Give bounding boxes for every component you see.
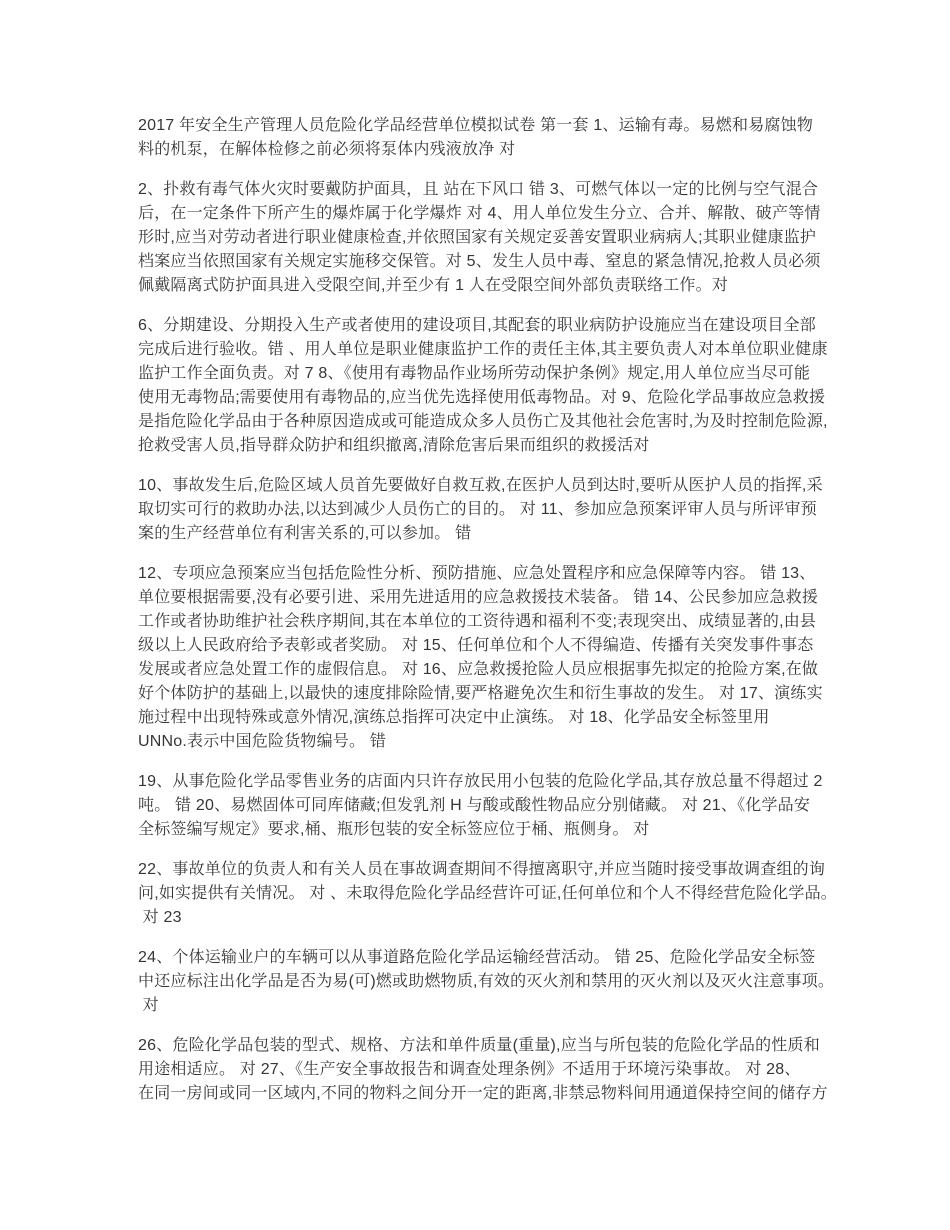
paragraph-q19-q21: 19、从事危险化学品零售业务的店面内只许存放民用小包装的危险化学品,其存放总量不… xyxy=(138,770,868,842)
paragraph-q24-q25: 24、个体运输业户的车辆可以从事道路危险化学品运输经营活动。 错 25、危险化学… xyxy=(138,946,868,1018)
paragraph-q12-q18: 12、专项应急预案应当包括危险性分析、预防措施、应急处置程序和应急保障等内容。 … xyxy=(138,562,868,754)
paragraph-q26-q28: 26、危险化学品包装的型式、规格、方法和单件质量(重量),应当与所包装的危险化学… xyxy=(138,1034,868,1106)
paragraph-q6-q9: 6、分期建设、分期投入生产或者使用的建设项目,其配套的职业病防护设施应当在建设项… xyxy=(138,314,868,458)
paragraph-q22-q23: 22、事故单位的负责人和有关人员在事故调查期间不得擅离职守,并应当随时接受事故调… xyxy=(138,858,868,930)
document-text-block: 2017 年安全生产管理人员危险化学品经营单位模拟试卷 第一套 1、运输有毒。易… xyxy=(138,114,868,1122)
document-viewport: { "page": { "background": "#ffffff", "te… xyxy=(0,0,950,1230)
paragraph-q10-q11: 10、事故发生后,危险区域人员首先要做好自救互救,在医护人员到达时,要听从医护人… xyxy=(138,474,868,546)
paragraph-q2-q5: 2、扑救有毒气体火灾时要戴防护面具，且 站在下风口 错 3、可燃气体以一定的比例… xyxy=(138,178,868,298)
paragraph-title-q1: 2017 年安全生产管理人员危险化学品经营单位模拟试卷 第一套 1、运输有毒。易… xyxy=(138,114,868,162)
document-page: 2017 年安全生产管理人员危险化学品经营单位模拟试卷 第一套 1、运输有毒。易… xyxy=(0,0,950,1230)
